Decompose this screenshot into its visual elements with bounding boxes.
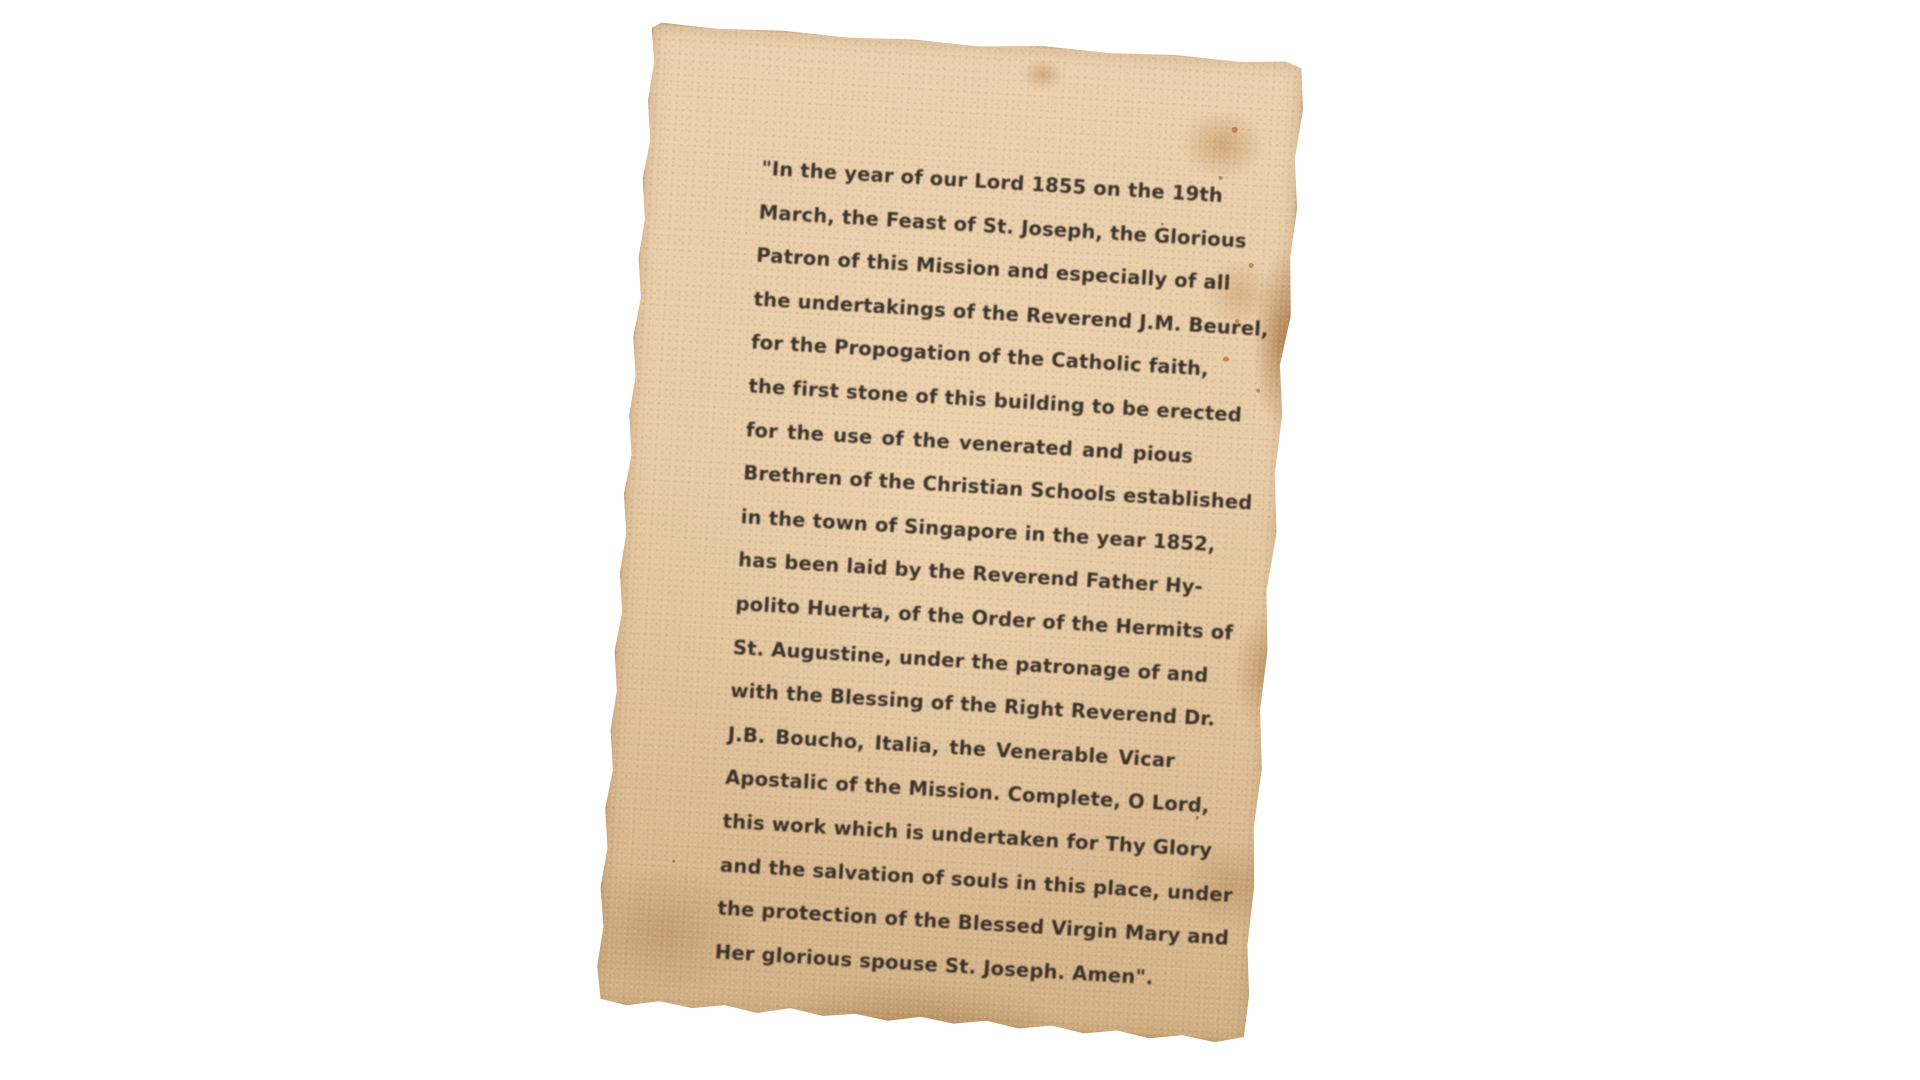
stain-speck xyxy=(1231,127,1237,133)
stain-speck xyxy=(1223,356,1229,361)
inscription-text: "In the year of our Lord 1855 on the 19t… xyxy=(714,147,1210,1000)
aged-paper-card: "In the year of our Lord 1855 on the 19t… xyxy=(594,22,1306,1044)
stain-speck xyxy=(672,860,675,863)
page-stage: "In the year of our Lord 1855 on the 19t… xyxy=(0,0,1920,1080)
stain-speck xyxy=(1219,176,1223,180)
stain-speck xyxy=(1256,388,1260,392)
stain-speck xyxy=(1248,263,1253,268)
